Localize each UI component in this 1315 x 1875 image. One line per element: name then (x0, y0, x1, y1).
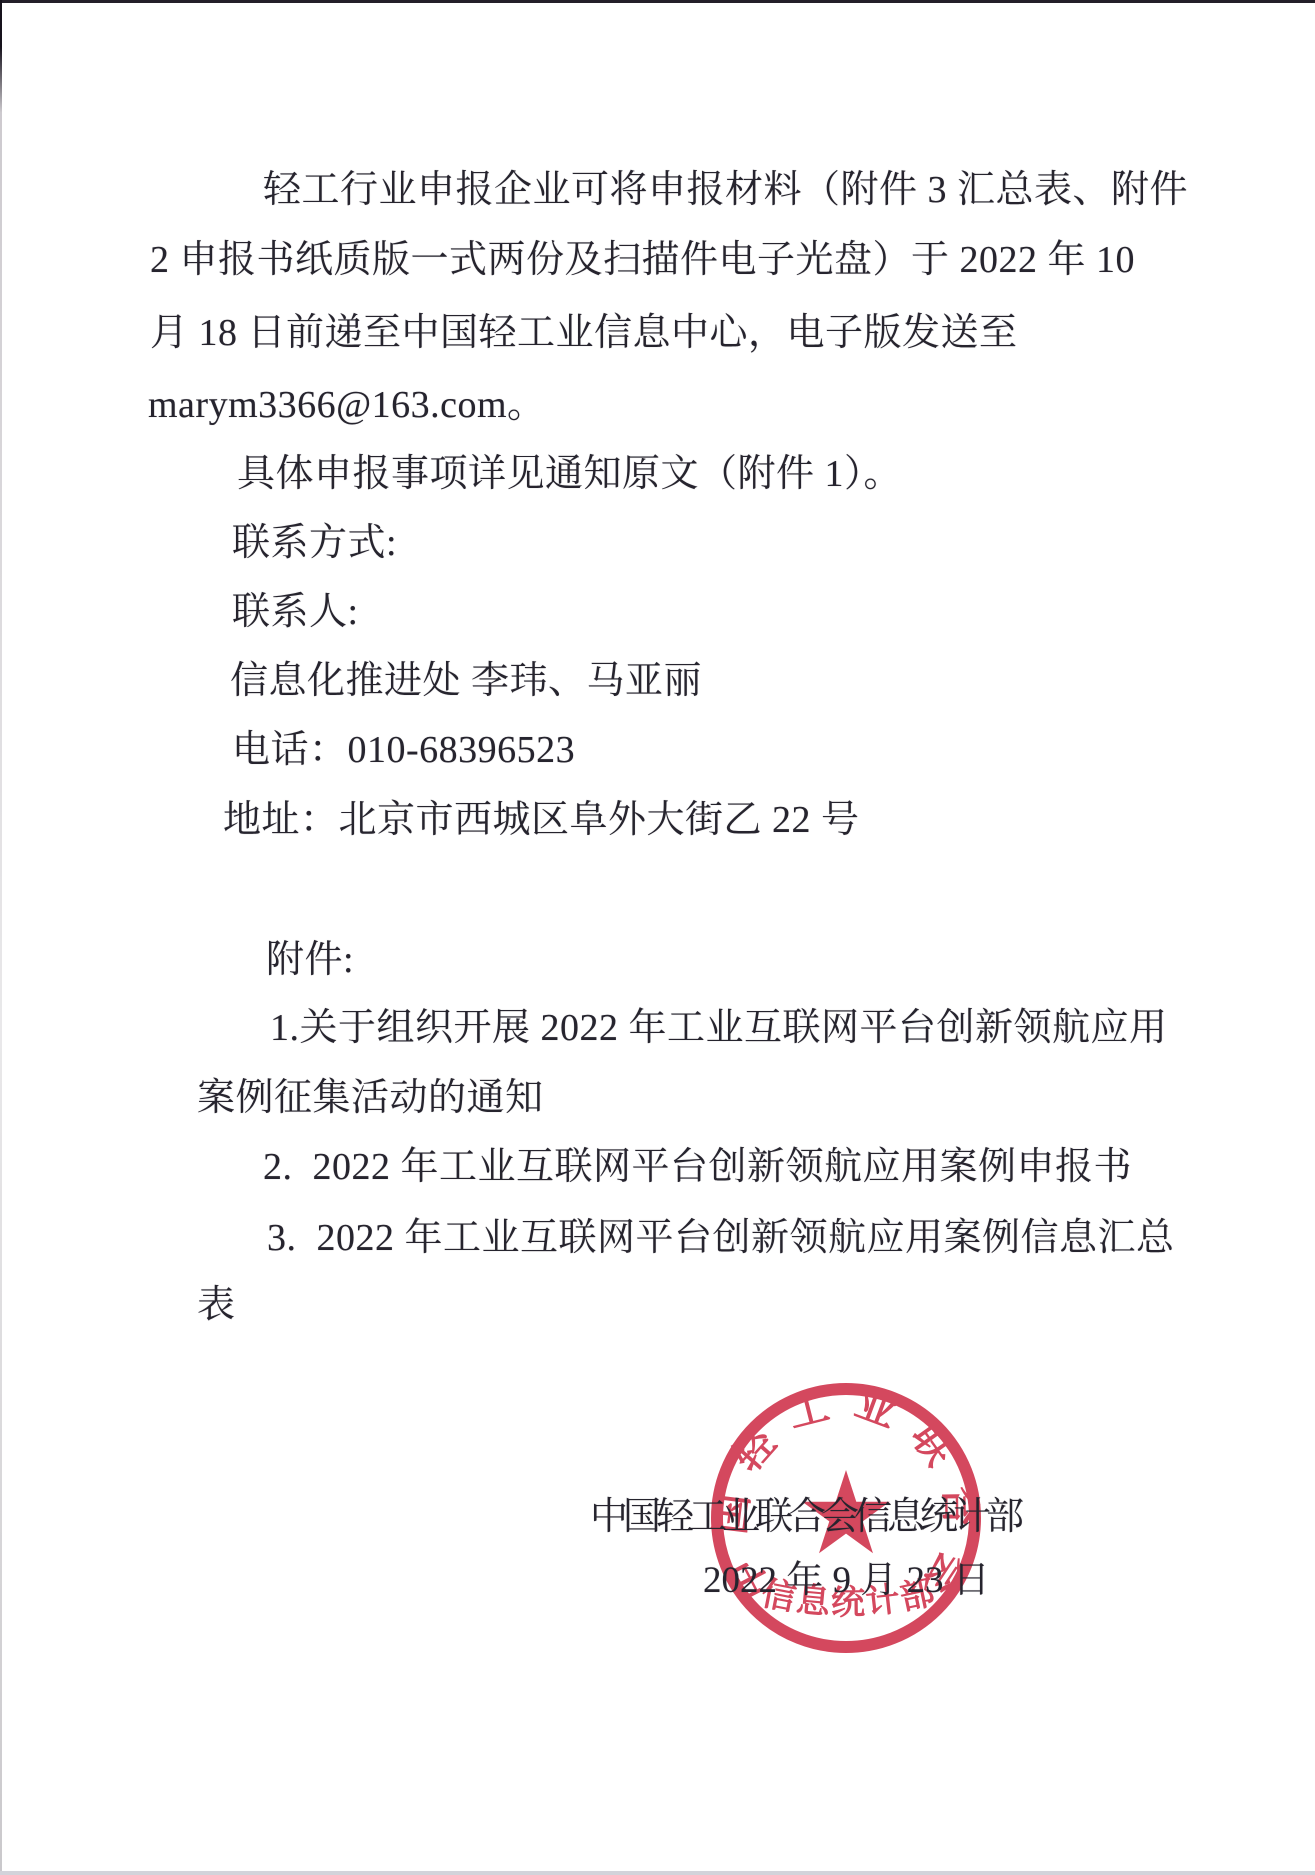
scan-edge-top (0, 0, 1315, 3)
doc-text-line: 3. 2022 年工业互联网平台创新领航应用案例信息汇总 (267, 1216, 1175, 1260)
doc-text-line: 联系人: (232, 590, 359, 634)
doc-text-line: 2. 2022 年工业互联网平台创新领航应用案例申报书 (263, 1145, 1132, 1189)
scan-edge-left (0, 0, 2, 1875)
doc-text-line: 地址：北京市西城区阜外大街乙 22 号 (223, 798, 860, 842)
signature-date-line: 2022 年 9 月 23 日 (703, 1559, 990, 1603)
doc-text-line: 联系方式: (232, 521, 397, 565)
doc-text-line: 轻工行业申报企业可将申报材料（附件 3 汇总表、附件 (263, 168, 1188, 212)
doc-text-line: 2 申报书纸质版一式两份及扫描件电子光盘）于 2022 年 10 (150, 238, 1135, 282)
doc-text-line: 信息化推进处 李玮、马亚丽 (230, 659, 702, 703)
doc-text-line: 1.关于组织开展 2022 年工业互联网平台创新领航应用 (270, 1006, 1168, 1050)
doc-text-line: marym3366@163.com。 (148, 383, 546, 427)
signature-org-line: 中国轻工业联合会信息统计部 (590, 1495, 1019, 1539)
doc-text-line: 表 (197, 1283, 236, 1327)
doc-text-line: 具体申报事项详见通知原文（附件 1）。 (237, 452, 902, 496)
scan-edge-bottom (0, 1871, 1315, 1875)
scanned-document-page: 轻工行业申报企业可将申报材料（附件 3 汇总表、附件 2 申报书纸质版一式两份及… (0, 0, 1315, 1875)
doc-text-line: 附件: (266, 938, 354, 982)
doc-text-line: 案例征集活动的通知 (197, 1076, 544, 1120)
doc-text-line: 月 18 日前递至中国轻工业信息中心，电子版发送至 (150, 311, 1018, 355)
doc-text-line: 电话：010-68396523 (232, 728, 575, 772)
